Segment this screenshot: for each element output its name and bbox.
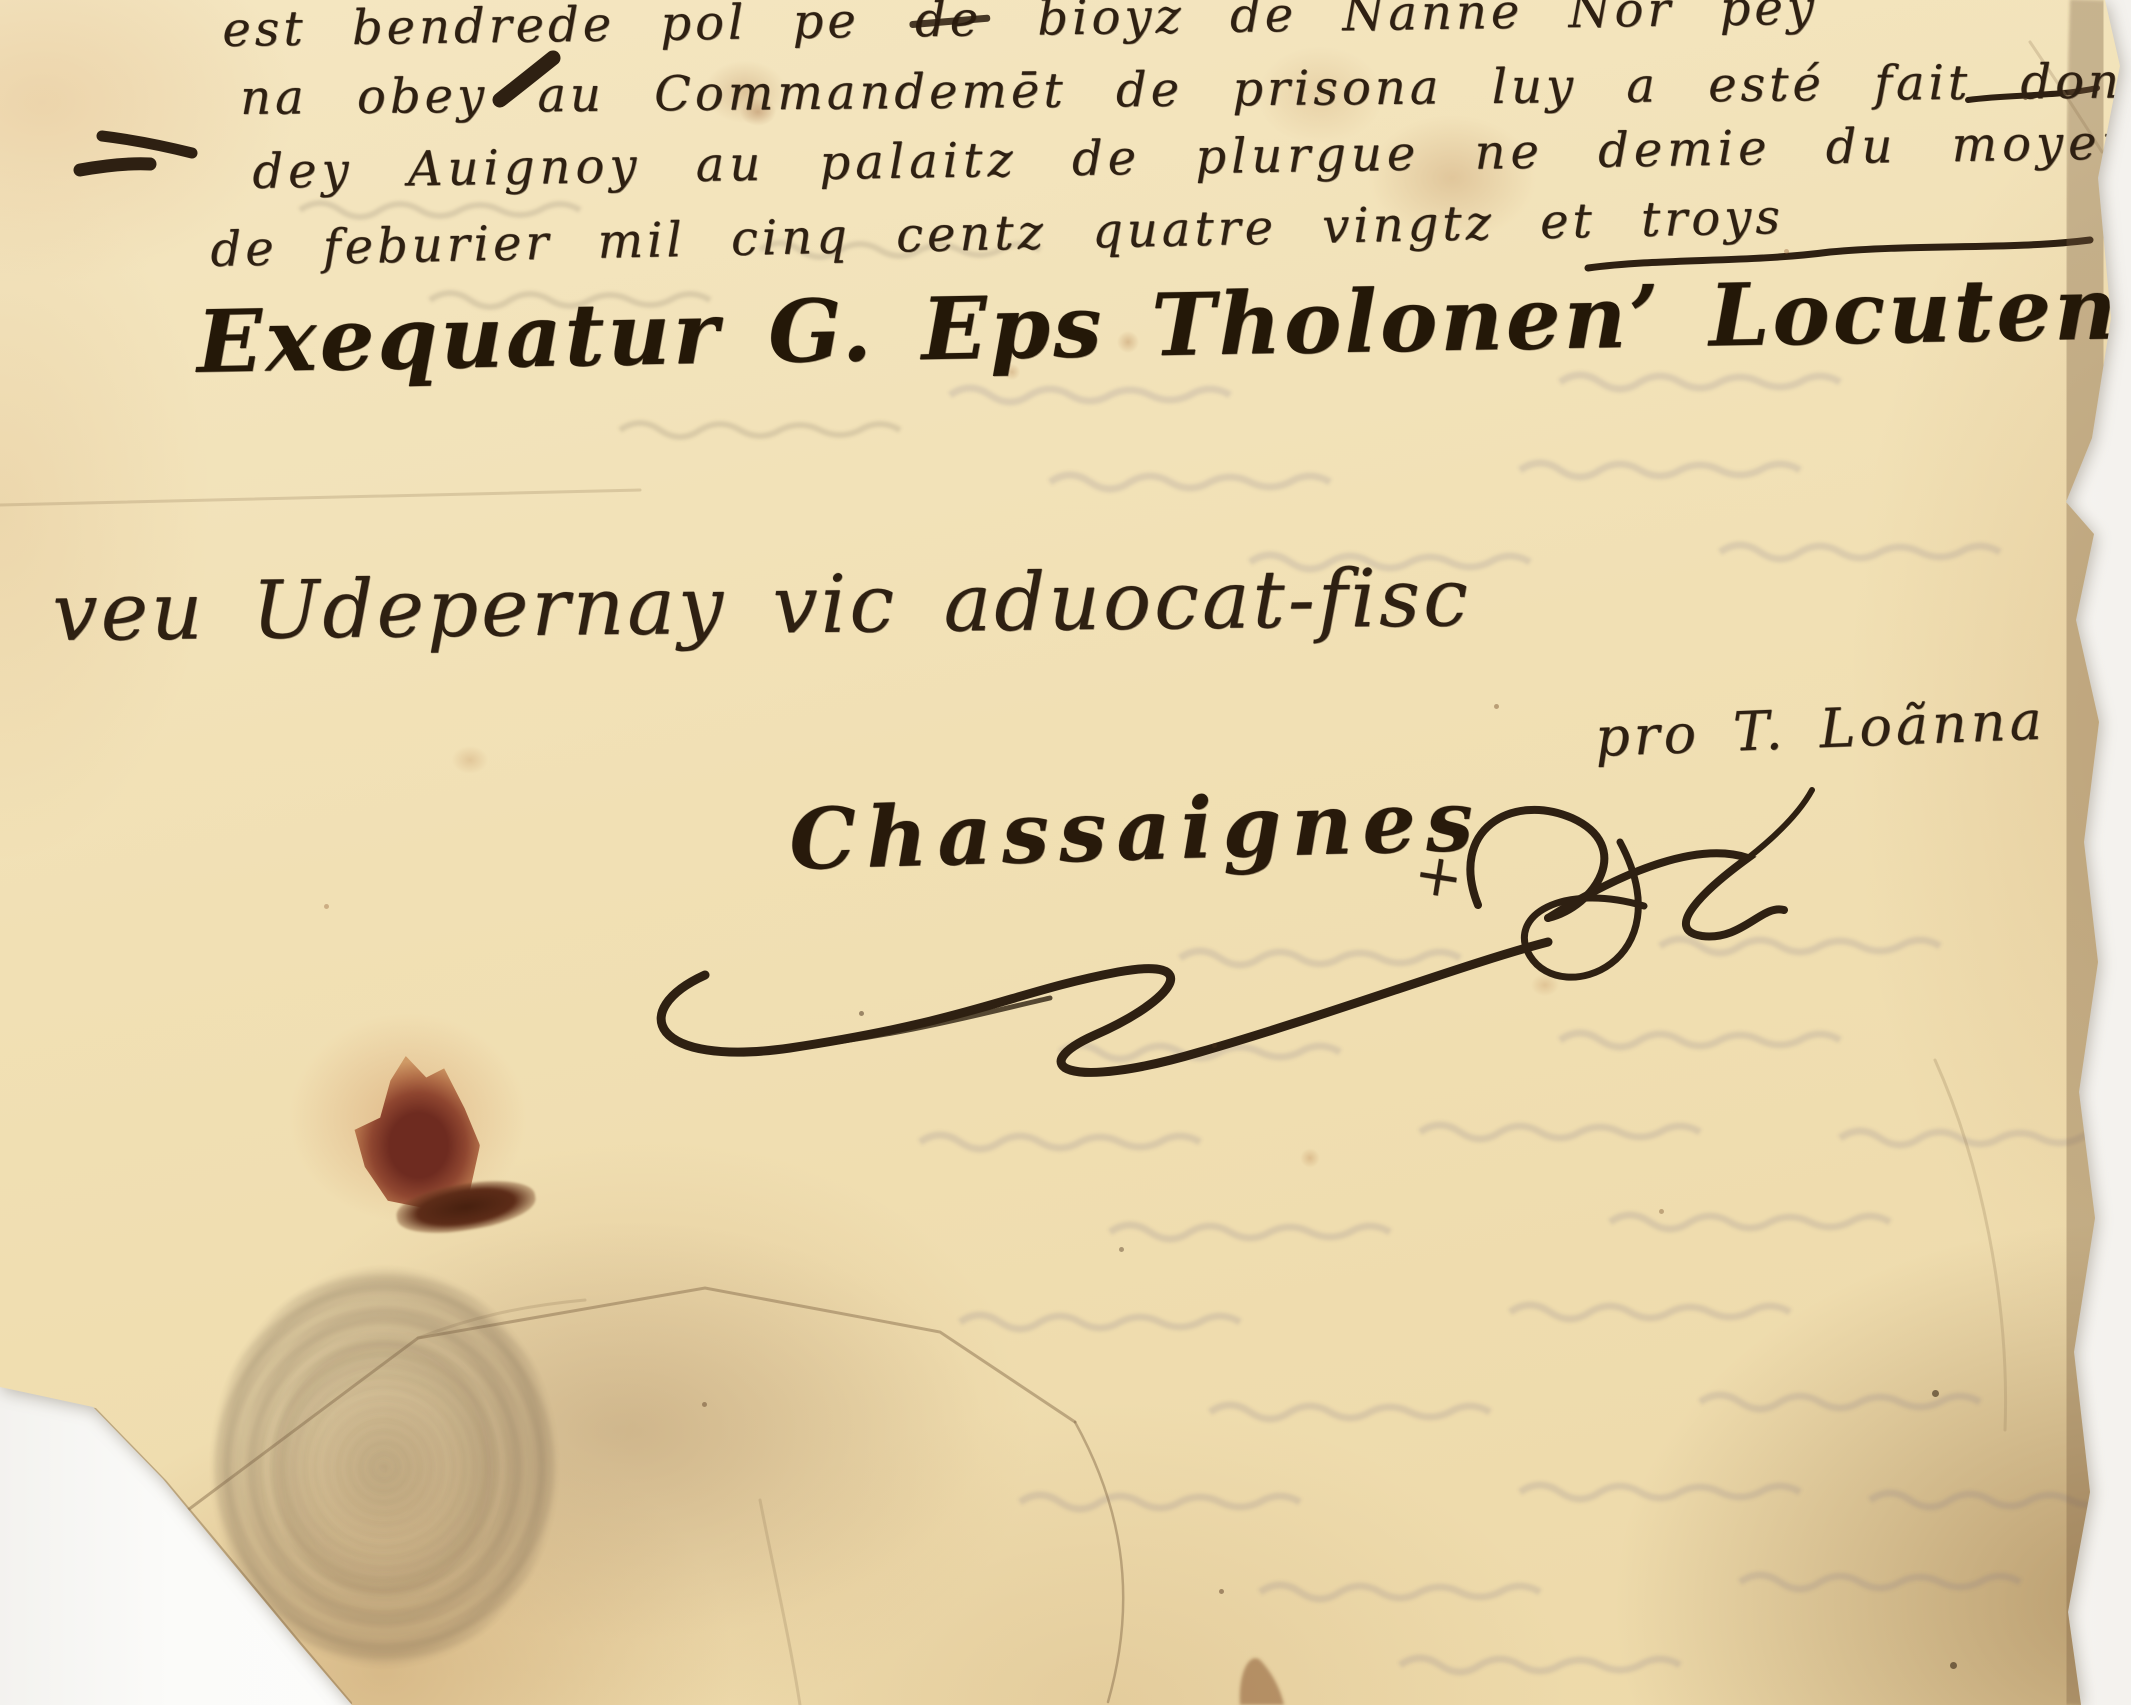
document-scan: est bendrede pol pe de bioyz de Nanne No… <box>0 0 2131 1705</box>
manuscript-line-4-date: de feburier mil cinq centz quatre vingtz… <box>210 189 1785 278</box>
right-edge-darkening <box>2072 0 2098 1705</box>
pro-annotation-line: pro T. Loãnna <box>1594 689 2047 769</box>
manuscript-line-3: dey Auignoy au palaitz de plurgue ne dem… <box>252 114 2131 200</box>
signature-paraph-flourish <box>661 942 1548 1072</box>
exequatur-subscription-line: Exequatur G. Eps Tholonen’ Locuten’ <box>196 258 2131 393</box>
manuscript-line-2: na obey au Commandemēt de prisona luy a … <box>240 53 2131 126</box>
signature-cross-mark: + <box>1409 838 1468 913</box>
struck-out-word: de <box>915 0 983 48</box>
ink-flecks <box>0 0 3 3</box>
paper-shadow-wrap: est bendrede pol pe de bioyz de Nanne No… <box>0 0 2131 1705</box>
chassaignes-signature: Chassaignes <box>788 771 1484 889</box>
wax-seal-center <box>262 1330 502 1610</box>
margin-double-mark <box>80 136 192 170</box>
veu-advocate-line: veu Udepernay vic aduocat-fisc <box>52 551 1471 659</box>
line1-start: est bendrede pol pe <box>222 0 860 58</box>
manuscript-paper: est bendrede pol pe de bioyz de Nanne No… <box>0 0 2131 1705</box>
line1-end: bioyz de Nanne Nor pey <box>1037 0 1818 47</box>
bottom-stain <box>1240 1658 1284 1705</box>
manuscript-line-1: est bendrede pol pe de bioyz de Nanne No… <box>222 0 1818 58</box>
secondary-signature-flourish <box>1470 790 1812 977</box>
